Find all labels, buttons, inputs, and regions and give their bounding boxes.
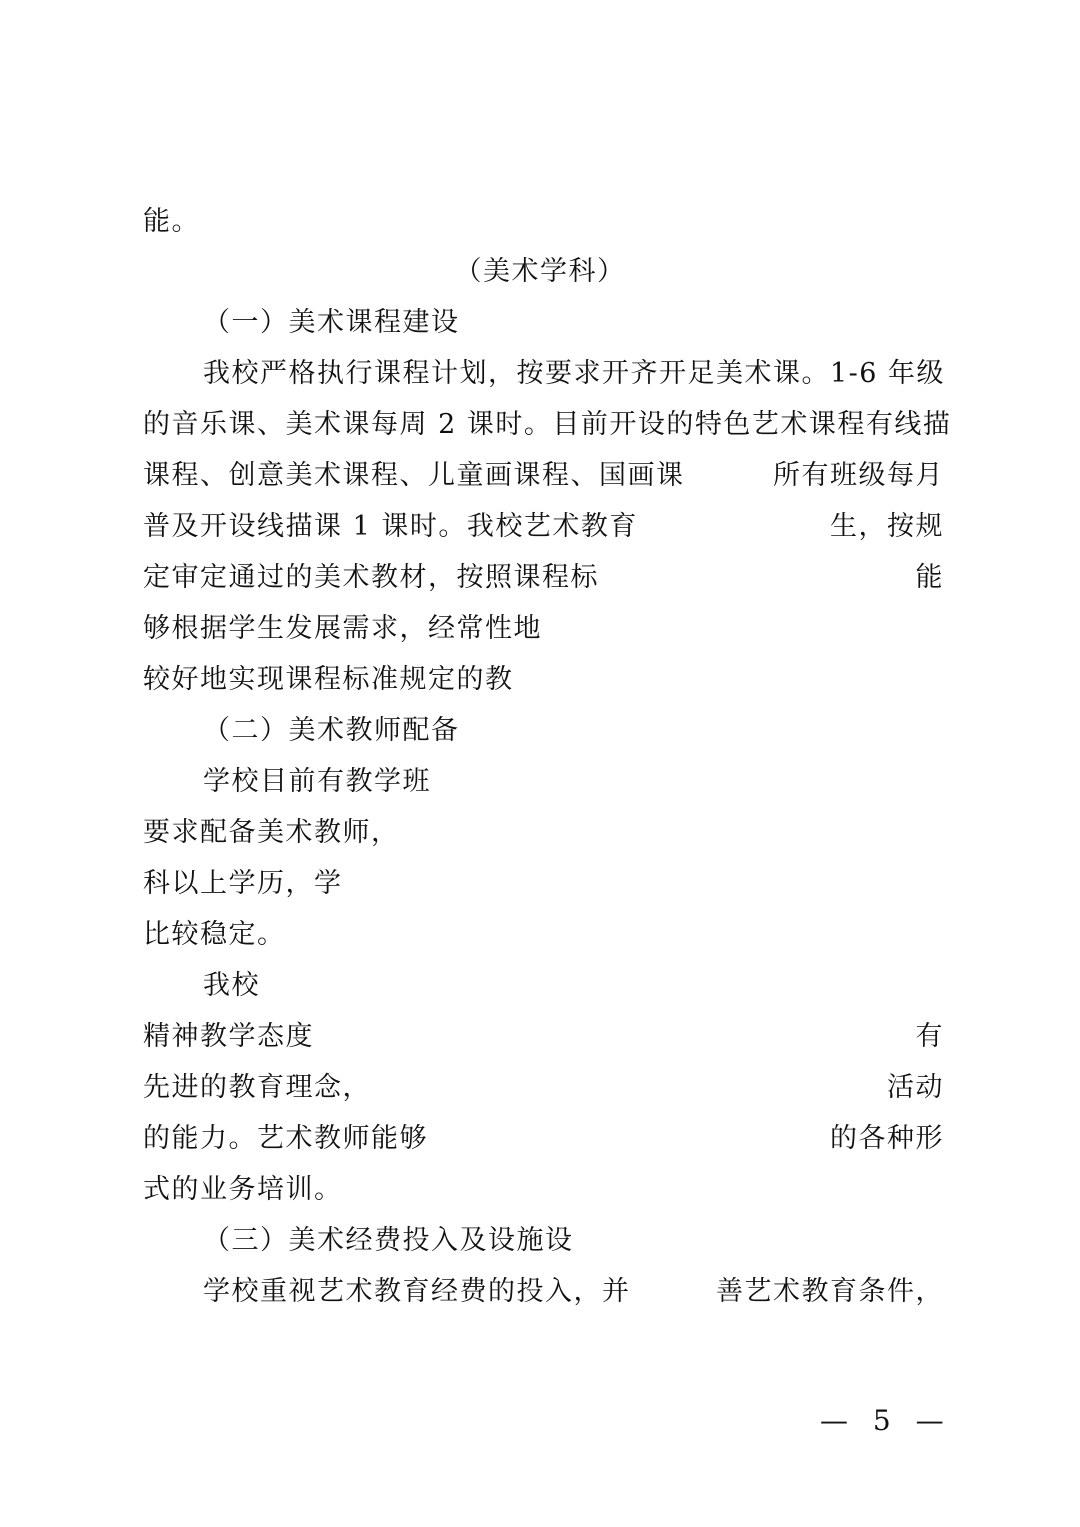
body-text-line: 普及开设线描课 1 课时。我校艺术教育 <box>143 510 638 544</box>
body-text-line: 学校目前有教学班 <box>203 765 431 799</box>
body-text-line: 活动 <box>887 1071 944 1105</box>
body-text-line: 要求配备美术教师， <box>143 816 400 850</box>
body-text-line: 的各种形 <box>830 1122 944 1156</box>
body-text-line: 式的业务培训。 <box>143 1173 343 1207</box>
page-number: — 5 — <box>820 1404 952 1437</box>
body-text-line: 的音乐课、美术课每周 2 课时。目前开设的特色艺术课程有线描 <box>143 408 951 442</box>
body-text-line: 所有班级每月 <box>773 459 944 493</box>
subsection-heading: （一）美术课程建设 <box>203 306 460 340</box>
body-text-line: 够根据学生发展需求，经常性地 <box>143 612 542 646</box>
body-text-line: 我校严格执行课程计划，按要求开齐开足美术课。1-6 年级 <box>203 357 945 391</box>
body-text-line: 比较稳定。 <box>143 918 286 952</box>
body-text-line: 能。 <box>143 205 200 239</box>
body-text-line: 科以上学历，学 <box>143 867 343 901</box>
body-text-line: 生，按规 <box>830 510 944 544</box>
body-text-line: 的能力。艺术教师能够 <box>143 1122 428 1156</box>
body-text-line: 定审定通过的美术教材，按照课程标 <box>143 561 599 595</box>
section-title: （美术学科） <box>0 255 1080 289</box>
body-text-line: 有 <box>916 1020 945 1054</box>
body-text-line: 善艺术教育条件， <box>716 1275 944 1309</box>
body-text-line: 学校重视艺术教育经费的投入，并 <box>203 1275 631 1309</box>
body-text-line: 精神教学态度 <box>143 1020 314 1054</box>
subsection-heading: （三）美术经费投入及设施设 <box>203 1224 574 1258</box>
body-text-line: 先进的教育理念， <box>143 1071 371 1105</box>
body-text-line: 能 <box>916 561 945 595</box>
subsection-heading: （二）美术教师配备 <box>203 714 460 748</box>
body-text-line: 课程、创意美术课程、儿童画课程、国画课 <box>143 459 685 493</box>
body-text-line: 较好地实现课程标准规定的教 <box>143 663 514 697</box>
body-text-line: 我校 <box>203 969 260 1003</box>
